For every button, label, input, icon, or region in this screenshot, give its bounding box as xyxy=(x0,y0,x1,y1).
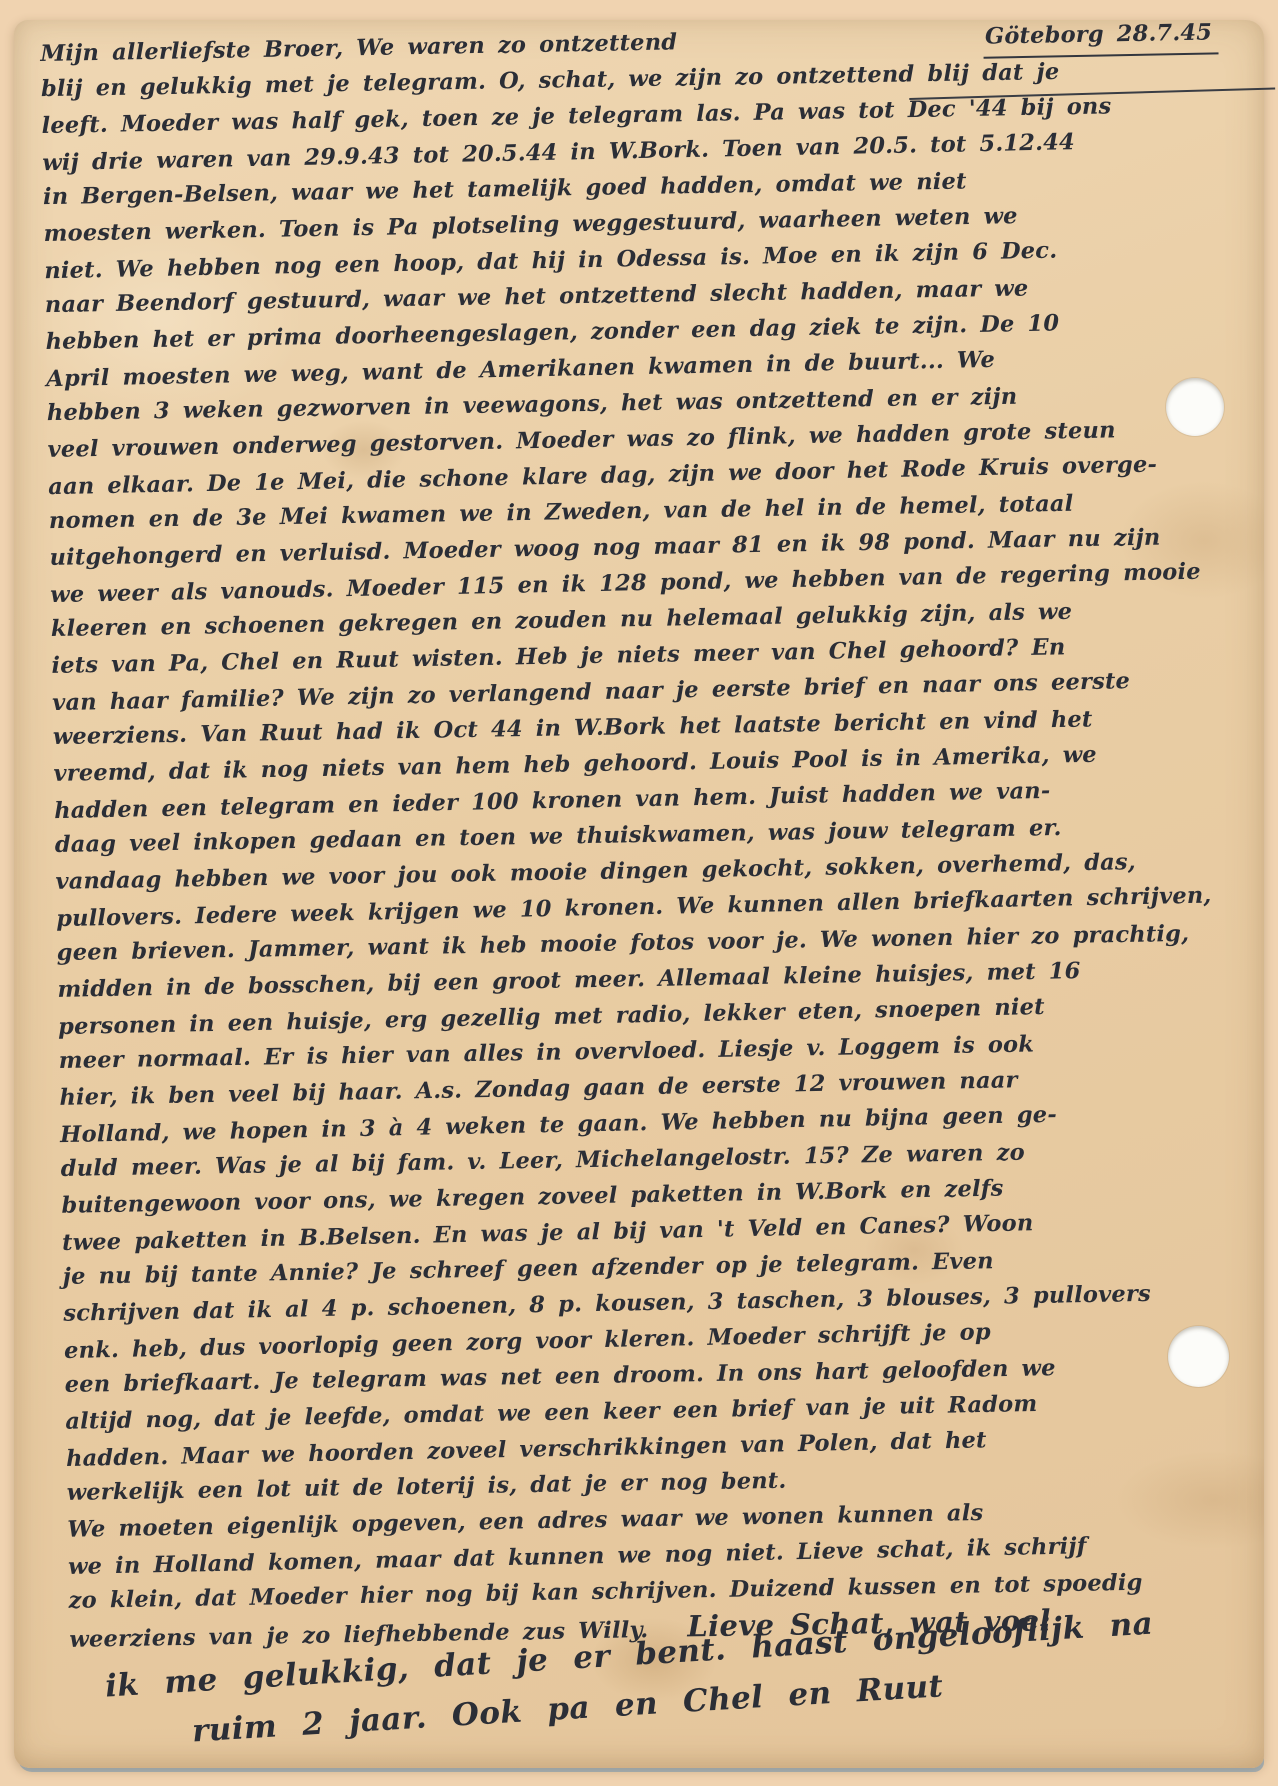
punch-hole-top xyxy=(1166,378,1224,436)
letter-lines: blij en gelukkig met je telegram. O, sch… xyxy=(41,50,1275,1620)
punch-hole-bottom xyxy=(1168,1326,1229,1387)
letter-body: Mijn allerliefste Broer, We waren zo ont… xyxy=(40,14,1277,1764)
letter-page: Mijn allerliefste Broer, We waren zo ont… xyxy=(14,20,1264,1768)
